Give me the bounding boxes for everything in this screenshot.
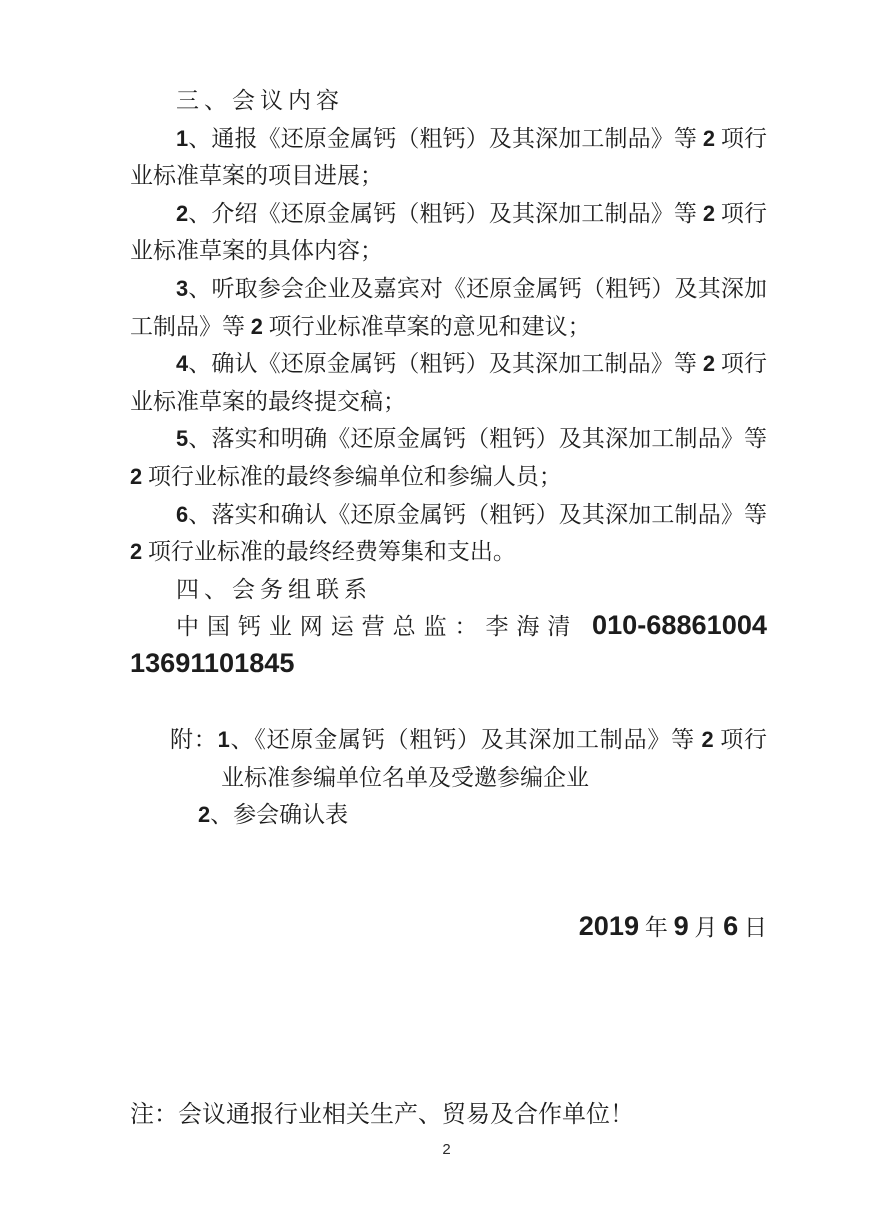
- attachment-line-1: 附：1、《还原金属钙（粗钙）及其深加工制品》等 2 项行业标准参编单位名单及受邀…: [130, 721, 767, 796]
- digit-run: 1: [176, 126, 188, 151]
- digit-run: 5: [176, 426, 188, 451]
- section-heading-contact: 四、会务组联系: [130, 571, 767, 609]
- document-page: 三、会议内容 1、通报《还原金属钙（粗钙）及其深加工制品》等 2 项行业标准草案…: [0, 0, 893, 1206]
- digit-run: 4: [176, 351, 188, 376]
- digit-run: 13691101845: [130, 647, 294, 678]
- note-line: 注：会议通报行业相关生产、贸易及合作单位！: [130, 1097, 767, 1135]
- page-number: 2: [0, 1141, 893, 1158]
- agenda-item-4: 4、确认《还原金属钙（粗钙）及其深加工制品》等 2 项行业标准草案的最终提交稿；: [130, 345, 767, 420]
- blank-line: [130, 947, 767, 1097]
- date-line: 2019 年 9 月 6 日: [130, 909, 767, 947]
- agenda-item-5: 5、落实和明确《还原金属钙（粗钙）及其深加工制品》等 2 项行业标准的最终参编单…: [130, 420, 767, 495]
- digit-run: 6: [723, 910, 738, 941]
- blank-line: [130, 834, 767, 909]
- digit-run: 2: [703, 126, 715, 151]
- digit-run: 2: [251, 314, 263, 339]
- digit-run: 010-68861004: [592, 609, 767, 640]
- digit-run: 2: [198, 802, 210, 827]
- agenda-item-6: 6、落实和确认《还原金属钙（粗钙）及其深加工制品》等 2 项行业标准的最终经费筹…: [130, 496, 767, 571]
- agenda-item-1: 1、通报《还原金属钙（粗钙）及其深加工制品》等 2 项行业标准草案的项目进展；: [130, 120, 767, 195]
- digit-run: 2: [703, 201, 715, 226]
- document-body: 三、会议内容 1、通报《还原金属钙（粗钙）及其深加工制品》等 2 项行业标准草案…: [0, 0, 893, 1135]
- contact-line: 中国钙业网运营总监：李海清 010-68861004 13691101845: [130, 608, 767, 683]
- agenda-item-3: 3、听取参会企业及嘉宾对《还原金属钙（粗钙）及其深加工制品》等 2 项行业标准草…: [130, 270, 767, 345]
- blank-line: [130, 684, 767, 722]
- digit-run: 2: [703, 351, 715, 376]
- digit-run: 2: [702, 727, 714, 752]
- digit-run: 2: [130, 464, 142, 489]
- digit-run: 1: [218, 727, 230, 752]
- attachment-line-2: 2、参会确认表: [130, 796, 767, 834]
- digit-run: 6: [176, 502, 188, 527]
- agenda-item-2: 2、介绍《还原金属钙（粗钙）及其深加工制品》等 2 项行业标准草案的具体内容；: [130, 195, 767, 270]
- digit-run: 3: [176, 276, 188, 301]
- digit-run: 2019: [579, 910, 639, 941]
- section-heading-meeting-content: 三、会议内容: [130, 82, 767, 120]
- digit-run: 9: [674, 910, 689, 941]
- digit-run: 2: [130, 539, 142, 564]
- digit-run: 2: [176, 201, 188, 226]
